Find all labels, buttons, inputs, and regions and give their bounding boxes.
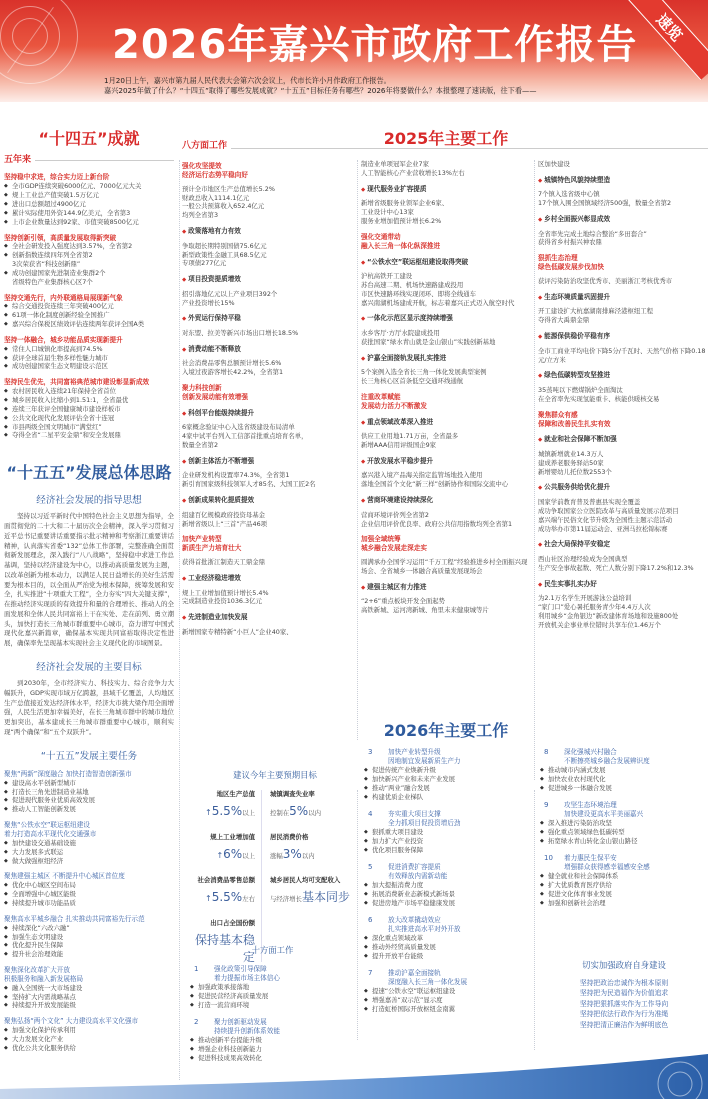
item-bullets: 推动城市内涵式发展加快农业农村现代化促进城乡一体融合发展 (540, 766, 708, 792)
work-detail-text: 5个案例入选全省长三角一体化发展典型案例长三角核心区首条低空交通环线通航 (361, 368, 531, 386)
work-detail-text: 开工建设扩大杭嘉湖南排麻泾港枢纽工程夺得省大禹鼎金鼎 (538, 307, 708, 325)
item-bullet: 促进文化体育事业发展 (540, 890, 708, 899)
target-cell: 居民消费价格涨幅3%以内 (270, 833, 360, 876)
target-cell: 城乡居民人均可支配收入与经济增长基本同步 (270, 876, 360, 919)
work2026-item: 6放大改革撬动效应扎实推进高水平对外开放深化重点领域改革推动外经贸高质量发展提升… (364, 916, 532, 961)
plan-title: “十五五”发展总体思路 (4, 462, 174, 484)
work2026-item: 10着力惠民生保平安增强群众获得感幸福感安全感健全就业和社会保障体系扩大优质教育… (540, 854, 708, 908)
work-detail-text: 圆满承办全国学习运用“千万工程”经验推进乡村全面振兴现场会、全省城乡一体融合高质… (361, 558, 531, 576)
item-bullet: 狠抓重大项目建设 (364, 828, 532, 837)
target-value: 控制在5%以内 (270, 803, 360, 820)
work-category-heading: 强化攻坚提效经济运行态势平稳向好 (182, 162, 354, 180)
task-item: 加强生态文明建设 (4, 933, 174, 942)
targets-grid: 地区生产总值↑5.5%以上城镇调查失业率控制在5%以内规上工业增加值↑6%以上居… (190, 790, 360, 962)
achievement-item: 农村居民收入连续21年保持全省首位 (4, 387, 174, 396)
item-number: 4 (364, 810, 388, 828)
task-heading: 聚焦弘扬“两个文化” 大力建设高水平文化强市 (4, 1017, 174, 1026)
achievement-groups: 坚持稳中求进，综合实力迈上新台阶全市GDP连续突破6000亿元、7000亿元大关… (4, 173, 174, 440)
target-label: 社会消费品零售总额 (190, 876, 255, 885)
item-bullet: 健全就业和社会保障体系 (540, 872, 708, 881)
item-bullet: 增强嘉善“双示范”显示度 (364, 996, 532, 1005)
achievement-item: 进出口总额超过4900亿元 (4, 200, 174, 209)
achievement-group-heading: 坚持一体融合，城乡功能品质实现新提升 (4, 336, 174, 345)
item-bullet: 优化项目服务保障 (364, 846, 532, 855)
item-number: 3 (364, 748, 388, 766)
work-subheading: 沪嘉全面接轨发展扎实推进 (361, 354, 531, 364)
work2025-column-1: 强化攻坚提效经济运行态势平稳向好预计全市地区生产总值增长5.2%财政总收入111… (182, 155, 354, 637)
item-number: 9 (540, 801, 564, 819)
work-detail-text: 6家概念验证中心入选省级建设布局清单4家中试平台列入工信部首批重点培育名单，数量… (182, 423, 354, 449)
task-item: 建设高水平创新型城市 (4, 779, 174, 788)
task-item: 大力发展文化产业 (4, 1035, 174, 1044)
work-category-heading: 狠抓生态治理绿色低碳发展步伐加快 (538, 254, 708, 272)
item-title: 聚力创新驱动发展持续提升创新体系效能 (214, 1018, 280, 1036)
item-title: 放大改革撬动效应扎实推进高水平对外开放 (388, 916, 461, 934)
item-number: 2 (190, 1018, 214, 1036)
task-heading: 聚焦深化改革扩大开放积极服务和融入新发展格局 (4, 966, 174, 984)
work-subheading: 先进制造业加快发展 (182, 613, 354, 623)
item-bullet: 深入推进污染防治攻坚 (540, 819, 708, 828)
item-bullet: 提速“公铁水空”联运枢纽建设 (364, 987, 532, 996)
up-arrow-icon: ↑ (216, 851, 223, 860)
work-subheading: 就业和社会保障不断加强 (538, 435, 708, 445)
task-item: 优化中心城区空间布局 (4, 881, 174, 890)
target-label: 规上工业增加值 (190, 833, 255, 842)
work-category-heading: 注重改革赋能发展动力活力不断激发 (361, 393, 531, 411)
guiding-heading: 经济社会发展的指导思想 (4, 494, 174, 507)
item-bullet: 推动外经贸高质量发展 (364, 943, 532, 952)
work-detail-text: 区加快建设 (538, 160, 708, 169)
item-bullet: 加强政策承接落地 (190, 983, 355, 992)
item-bullet: 深化重点领域改革 (364, 934, 532, 943)
work-detail-text: 国家学前教育普及普惠县实现全覆盖成功争取国家公立医院改革与高质量发展示范项目嘉兴… (538, 498, 708, 533)
item-bullet: 提升开放平台能级 (364, 952, 532, 961)
work2026-item-header: 9攻坚生态环境治理加快建设更高水平美丽嘉兴 (540, 801, 708, 819)
achievement-item: 嘉兴综合保税区绩效评估连续两年获评全国A类 (4, 320, 174, 329)
item-bullet: 扩大优质教育医疗供给 (540, 881, 708, 890)
work-detail-text: 争取超长期特别国债75.6亿元新型政策性金融工具68.5亿元专项债277亿元 (182, 242, 354, 268)
tasks-heading: “十五五”发展主要任务 (4, 750, 174, 763)
column-divider (357, 160, 358, 740)
column-divider (179, 160, 180, 1080)
work2026-items-col3: 8深化强城兴村融合不断擦亮城乡融合发展辨识度推动城市内涵式发展加快农业农村现代化… (540, 740, 708, 908)
task-heading: 聚焦高水平城乡融合 扎实推动共同富裕先行示范 (4, 915, 174, 924)
achievement-item: 成功创建国家先进制造业集群2个省级特色产业集群核心区7个 (4, 269, 174, 287)
target-label: 地区生产总值 (190, 790, 255, 799)
target-value: 与经济增长基本同步 (270, 889, 360, 906)
task-item: 优化提升民生保障 (4, 941, 174, 950)
target-label: 出口占全国份额 (190, 919, 255, 928)
work-detail-text: 全省率先完成土地综合整治“多田套合”获得省乡村振兴神农鼎 (538, 230, 708, 248)
target-label: 居民消费价格 (270, 833, 360, 842)
work-category-heading: 加强全域统筹城乡融合发展走深走实 (361, 535, 531, 553)
work2026-item: 4夯实重大项目支撑全力抓项目促投资增后劲狠抓重大项目建设加力扩大产业投资优化项目… (364, 810, 532, 855)
target-cell: 城镇调查失业率控制在5%以内 (270, 790, 360, 833)
item-bullet: 促进民营经济高质量发展 (190, 992, 355, 1001)
task-item: 融入全国统一大市场建设 (4, 984, 174, 993)
item-title: 推动沪嘉全面接轨深度融入长三角一体化发展 (388, 969, 467, 987)
targets-panel: 建议今年主要预期目标 地区生产总值↑5.5%以上城镇调查失业率控制在5%以内规上… (190, 770, 360, 962)
work-subheading: 工业经济稳进增效 (182, 574, 354, 584)
eight-aspects-label: 八方面工作 (182, 140, 231, 152)
work-subheading: 重点领域改革深入推进 (361, 418, 531, 428)
work2026-item-header: 7推动沪嘉全面接轨深度融入长三角一体化发展 (364, 969, 532, 987)
target-value: ↑5.5%以上 (190, 803, 255, 820)
work-subheading: 公共服务供给优化提升 (538, 483, 708, 493)
work-detail-text: 全市工商业平均电价下降5分/千瓦时、天然气价格下降0.18元/立方米 (538, 347, 708, 365)
column-divider (534, 790, 535, 1050)
achievement-item: 全社会研发投入强度达到3.57%，全省第2 (4, 242, 174, 251)
work-detail-text: 企业研发机构设置率74.3%，全省第1新引育国家级科技领军人才85名、大国工匠2… (182, 471, 354, 489)
item-bullet: 推动“两业”融合发展 (364, 784, 532, 793)
work-detail-text: 沪杭高铁开工建设苏台高速二期、机场快速路建成投用市区快速路环线实现闭环、即将全线… (361, 272, 531, 307)
work-detail-text: 获得首批浙江制造天工鼎金鼎 (182, 558, 354, 567)
self-building-item: 坚持把依法行政作为行为准绳 (540, 1009, 708, 1020)
target-label: 城乡居民人均可支配收入 (270, 876, 360, 885)
work-subheading: 生态环境质量巩固提升 (538, 293, 708, 303)
item-number: 6 (364, 916, 388, 934)
task-item: 促进现代服务业优质高效发展 (4, 796, 174, 805)
work-detail-text: “2+6”重点板块开发全面起势高铁新城、运河湾新城、角里未来健康城等片 (361, 597, 531, 615)
item-title: 攻坚生态环境治理加快建设更高水平美丽嘉兴 (564, 801, 643, 819)
achievement-item: 规上工业总产值突破1.5万亿元 (4, 191, 174, 200)
achievements-column: “十四五”成就 五年来 坚持稳中求进，综合实力迈上新台阶全市GDP连续突破600… (0, 112, 178, 1053)
work2025-column-3: 区加快建设城镇特色风貌持续塑造7个镇入选省级中心镇17个镇入围全国镇域经济500… (538, 155, 708, 629)
work-detail-text: 规上工业增加值预计增长5.4%完成制造业投资1036.3亿元 (182, 589, 354, 607)
item-title: 促进消费扩容提质有效释放内需新动能 (388, 863, 447, 881)
task-item: 提升社会治理效能 (4, 950, 174, 959)
goals-heading: 经济社会发展的主要目标 (4, 661, 174, 674)
item-title: 深化强城兴村融合不断擦亮城乡融合发展辨识度 (564, 748, 650, 766)
work-detail-text: 嘉兴港入境产品海关指定监管场地投入使用落地全国首个文化“新三样”创新协作和国际交… (361, 471, 531, 489)
work-subheading: 建强主城区有力推进 (361, 583, 531, 593)
item-bullet: 拓展消费新业态新模式新场景 (364, 890, 532, 899)
work-subheading: 能源保供稳价平稳有序 (538, 332, 708, 342)
self-building-panel: 切实加强政府自身建设 坚持把政治忠诚作为根本原则坚持把为民造福作为价值追求坚持把… (540, 960, 708, 1030)
task-heading: 聚焦建强主城区 不断提升中心城区首位度 (4, 872, 174, 881)
work-detail-text: 组建百亿规模政府投资母基金新增省级以上“三首”产品46项 (182, 511, 354, 529)
item-title: 着力惠民生保平安增强群众获得感幸福感安全感 (564, 854, 650, 872)
work-subheading: 乡村全面振兴彰显成效 (538, 215, 708, 225)
work-detail-text: 西山社区治理经验成为全国典型生产安全事故起数、死亡人数分别下降17.2%和12.… (538, 555, 708, 573)
section-rule (182, 148, 708, 149)
work-subheading: 现代服务业扩容提质 (361, 185, 531, 195)
plan-tasks: 聚焦“两新”深度融合 加快打造智造创新强市建设高水平创新型城市打造长三角先进制造… (4, 770, 174, 1053)
task-item: 加快建设交通基础设施 (4, 839, 174, 848)
item-title: 强化政策引导保障着力提振市场主体信心 (214, 965, 280, 983)
work-subheading: “公铁水空”联运枢纽建设取得突破 (361, 258, 531, 268)
work-subheading: 创新主体活力不断增强 (182, 457, 354, 467)
work-detail-text: 招引落地亿元以上产业项目392个产业投资增长15% (182, 290, 354, 308)
work2026-items-col2: 3加快产业转型升级因地制宜发展新质生产力促进传统产业焕新升级加快新兴产业和未来产… (364, 740, 532, 1013)
work-detail-text: 新增省级服务业领军企业6家、工业设计中心13家服务业增加值预计增长6.2% (361, 199, 531, 225)
work-subheading: 一体化示范区显示度持续增强 (361, 314, 531, 324)
self-building-item: 坚持把为民造福作为价值追求 (540, 988, 708, 999)
work2026-item-header: 1强化政策引导保障着力提振市场主体信心 (190, 965, 355, 983)
item-number: 10 (540, 854, 564, 872)
task-item: 加强文化保护传承利用 (4, 1026, 174, 1035)
work2026-title: 2026年主要工作 (360, 720, 532, 742)
achievement-item: 综合交通投资连续三年突破400亿元 (4, 302, 174, 311)
item-bullet: 加快农业农村现代化 (540, 775, 708, 784)
target-cell: 地区生产总值↑5.5%以上 (190, 790, 262, 833)
achievement-item: 公共文化现代化发展评估全省十连冠 (4, 414, 174, 423)
self-building-item: 坚持把狠抓落实作为工作导向 (540, 999, 708, 1010)
achievement-item: 城乡居民收入比缩小到1.51:1，全省最优 (4, 396, 174, 405)
ten-aspects-heading: 十方面工作 (190, 945, 355, 957)
item-bullet: 打造虹桥国际开放枢纽金南翼 (364, 1005, 532, 1014)
up-arrow-icon: ↑ (205, 894, 212, 903)
work2026-item-header: 4夯实重大项目支撑全力抓项目促投资增后劲 (364, 810, 532, 828)
column-divider (534, 160, 535, 780)
achievement-item: 创新指数连续四年列全省第23次荣获省“科技创新鼎” (4, 251, 174, 269)
target-label: 城镇调查失业率 (270, 790, 360, 799)
work2026-item-header: 6放大改革撬动效应扎实推进高水平对外开放 (364, 916, 532, 934)
achievements-title: “十四五”成就 (4, 128, 174, 150)
intro-text: 1月20日上午，嘉兴市第九届人民代表大会第六次会议上，代市长许小月作政府工作报告… (104, 76, 536, 97)
up-arrow-icon: ↑ (205, 808, 212, 817)
achievement-item: 市县两级全国文明城市“满堂红” (4, 423, 174, 432)
item-bullet: 加大提振消费力度 (364, 881, 532, 890)
item-bullet: 促进房地产市场平稳健康发展 (364, 899, 532, 908)
work-detail-text: 新增国家专精特新“小巨人”企业40家、 (182, 628, 354, 637)
work2026-item: 5促进消费扩容提质有效释放内需新动能加大提振消费力度拓展消费新业态新模式新场景促… (364, 863, 532, 908)
achievement-group-heading: 坚持民生优先，共同富裕典范城市建设彰显新成效 (4, 378, 174, 387)
self-building-heading: 切实加强政府自身建设 (540, 960, 708, 972)
achievement-item: 61项一体化制度创新经验全国推广 (4, 311, 174, 320)
header-banner: 2026年嘉兴市政府工作报告 速览 1月20日上午，嘉兴市第九届人民代表大会第六… (0, 0, 708, 102)
item-number: 7 (364, 969, 388, 987)
targets-heading: 建议今年主要预期目标 (190, 770, 360, 782)
target-value: ↑5.5%左右 (190, 889, 255, 906)
item-bullet: 推动城市内涵式发展 (540, 766, 708, 775)
achievement-item: 连续三年获评全国健康城市建设样板市 (4, 405, 174, 414)
item-number: 8 (540, 748, 564, 766)
work-category-heading: 加快产业转型新质生产力培育壮大 (182, 535, 354, 553)
work-subheading: 开放发展水平稳步提升 (361, 457, 531, 467)
page-title: 2026年嘉兴市政府工作报告 (112, 18, 637, 73)
achievement-item: 常住人口城镇化率提高到74.5% (4, 345, 174, 354)
work-detail-text: 城镇新增就业14.3万人建成养老服务驿站50家新增婴幼儿托位数2553个 (538, 450, 708, 476)
work2026-item: 7推动沪嘉全面接轨深度融入长三角一体化发展提速“公铁水空”联运枢纽建设增强嘉善“… (364, 969, 532, 1014)
task-item: 持续提升城市功能品质 (4, 899, 174, 908)
target-cell: 社会消费品零售总额↑5.5%左右 (190, 876, 262, 919)
work2026-item: 8深化强城兴村融合不断擦亮城乡融合发展辨识度推动城市内涵式发展加快农业农村现代化… (540, 748, 708, 793)
item-bullet: 拓宽绿水青山转化金山银山路径 (540, 837, 708, 846)
achievement-item: 夺得全省“二星平安金鼎”和安全发展鼎 (4, 431, 174, 440)
item-bullets: 提速“公铁水空”联运枢纽建设增强嘉善“双示范”显示度打造虹桥国际开放枢纽金南翼 (364, 987, 532, 1013)
work-detail-text: 营商环境评价列全省第2企业信用评价优良率、政府公共信用指数均列全省第1 (361, 511, 531, 529)
work-detail-text: 制造业单项冠军企业7家人工智能核心产业营收增长13%左右 (361, 160, 531, 178)
item-bullet: 促进传统产业焕新升级 (364, 766, 532, 775)
work2026-item: 9攻坚生态环境治理加快建设更高水平美丽嘉兴深入推进污染防治攻坚强化重点领域绿色低… (540, 801, 708, 846)
footer-wave (0, 1044, 708, 1099)
work-subheading: 创新成果转化提质提效 (182, 496, 354, 506)
self-building-item: 坚持把清正廉洁作为鲜明底色 (540, 1020, 708, 1031)
work-detail-text: 获评污染防治攻坚优秀市、美丽浙江考核优秀市 (538, 277, 708, 286)
self-building-item: 坚持把政治忠诚作为根本原则 (540, 978, 708, 989)
work-subheading: 政策落地有力有效 (182, 227, 354, 237)
work-detail-text: 为2.1万名学生开展游泳公益培训“家门口”爱心暑托服务青少年4.4万人次利用城乡… (538, 594, 708, 629)
item-bullets: 健全就业和社会保障体系扩大优质教育医疗供给促进文化体育事业发展加强和创新社会治理 (540, 872, 708, 907)
achievement-item: 全市GDP连续突破6000亿元、7000亿元大关 (4, 182, 174, 191)
achievement-item: 上市企业数量达到92家、市值突破8500亿元 (4, 218, 174, 227)
work2026-item: 3加快产业转型升级因地制宜发展新质生产力促进传统产业焕新升级加快新兴产业和未来产… (364, 748, 532, 802)
task-heading: 聚焦“两新”深度融合 加快打造智造创新强市 (4, 770, 174, 779)
task-item: 持续深化“六改六融” (4, 924, 174, 933)
work-subheading: 城镇特色风貌持续塑造 (538, 176, 708, 186)
goals-text: 到2030年，全市经济实力、科技实力、综合竞争力大幅跃升，GDP实现市域万亿跨越… (4, 679, 174, 738)
item-bullets: 狠抓重大项目建设加力扩大产业投资优化项目服务保障 (364, 828, 532, 854)
work-detail-text: 对东盟、拉美等新兴市场出口增长18.5% (182, 329, 354, 338)
item-title: 加快产业转型升级因地制宜发展新质生产力 (388, 748, 461, 766)
work-subheading: 科创平台能级持续提升 (182, 409, 354, 419)
task-item: 大力发展多式联运 (4, 848, 174, 857)
item-bullet: 加快新兴产业和未来产业发展 (364, 775, 532, 784)
work-detail-text: 供应工业用地1.71万亩，全省最多新增AAA信用评级国企9家 (361, 432, 531, 450)
work2026-item: 1强化政策引导保障着力提振市场主体信心加强政策承接落地促进民营经济高质量发展打造… (190, 965, 355, 1010)
work2026-item-header: 5促进消费扩容提质有效释放内需新动能 (364, 863, 532, 881)
item-bullets: 深化重点领域改革推动外经贸高质量发展提升开放平台能级 (364, 934, 532, 960)
target-value: 涨幅3%以内 (270, 846, 360, 863)
work2026-item-header: 8深化强城兴村融合不断擦亮城乡融合发展辨识度 (540, 748, 708, 766)
work-detail-text: 35蒸吨以下燃煤锅炉全面淘汰在全省率先实现氢能重卡、核能供暖核交易 (538, 386, 708, 404)
work-category-heading: 聚力科技创新创新发展动能有效增强 (182, 384, 354, 402)
achievement-item: 累计实际使用外资144.9亿美元，全省第3 (4, 209, 174, 218)
work-subheading: 外贸运行保持平稳 (182, 314, 354, 324)
task-item: 持续提升开放发展能级 (4, 1001, 174, 1010)
work2026-item-header: 2聚力创新驱动发展持续提升创新体系效能 (190, 1018, 355, 1036)
work-subheading: 营商环境建设持续深化 (361, 496, 531, 506)
item-bullets: 加强政策承接落地促进民营经济高质量发展打造一流营商环境 (190, 983, 355, 1009)
achievement-item: 成功创建国家生态文明建设示范区 (4, 362, 174, 371)
work-subheading: 项目投资提质增效 (182, 275, 354, 285)
task-heading: 聚焦“公铁水空”联运枢纽建设着力打造高水平现代化交通强市 (4, 821, 174, 839)
guiding-text: 坚持以习近平新时代中国特色社会主义思想为指导，全面贯彻党的二十大和二十届历次全会… (4, 512, 174, 649)
item-bullets: 加大提振消费力度拓展消费新业态新模式新场景促进房地产市场平稳健康发展 (364, 881, 532, 907)
work-category-heading: 聚焦群众有感保障和改善民生扎实有效 (538, 411, 708, 429)
work-detail-text: 预计全市地区生产总值增长5.2%财政总收入1114.1亿元一般公共预算收入652… (182, 185, 354, 220)
item-bullet: 促进城乡一体融合发展 (540, 784, 708, 793)
work-subheading: 绿色低碳转型攻坚推进 (538, 371, 708, 381)
work2025-title: 2025年主要工作 (360, 128, 532, 150)
work-category-heading: 强化交通带动融入长三角一体化纵深推进 (361, 233, 531, 251)
item-bullet: 加强和创新社会治理 (540, 899, 708, 908)
item-bullet: 打造一流营商环境 (190, 1001, 355, 1010)
work2026-item-header: 3加快产业转型升级因地制宜发展新质生产力 (364, 748, 532, 766)
work-detail-text: 水乡客厅·方厅水院建成投用获批国家“绿水青山就是金山银山”实践创新基地 (361, 329, 531, 347)
task-item: 做大做强枢纽经济 (4, 857, 174, 866)
item-bullet: 构建优质企业梯队 (364, 793, 532, 802)
work-detail-text: 7个镇入选省级中心镇17个镇入围全国镇域经济500强，数量全省第2 (538, 190, 708, 208)
item-bullets: 深入推进污染防治攻坚强化重点领域绿色低碳转型拓宽绿水青山转化金山银山路径 (540, 819, 708, 845)
item-bullets: 促进传统产业焕新升级加快新兴产业和未来产业发展推动“两业”融合发展构建优质企业梯… (364, 766, 532, 801)
item-number: 5 (364, 863, 388, 881)
achievements-subtitle: 五年来 (4, 154, 174, 166)
item-bullet: 强化重点领域绿色低碳转型 (540, 828, 708, 837)
work-subheading: 社会大局保持平安稳定 (538, 540, 708, 550)
work2025-column-2: 制造业单项冠军企业7家人工智能核心产业营收增长13%左右现代服务业扩容提质新增省… (361, 155, 531, 615)
work2026-item-header: 10着力惠民生保平安增强群众获得感幸福感安全感 (540, 854, 708, 872)
item-title: 夯实重大项目支撑全力抓项目促投资增后劲 (388, 810, 461, 828)
item-number: 1 (190, 965, 214, 983)
target-value: ↑6%以上 (190, 846, 255, 863)
target-cell: 规上工业增加值↑6%以上 (190, 833, 262, 876)
work-subheading: 民生实事扎实办好 (538, 580, 708, 590)
task-item: 推动人工智能创新发展 (4, 805, 174, 814)
item-bullet: 加力扩大产业投资 (364, 837, 532, 846)
task-item: 全面增强中心城区能级 (4, 890, 174, 899)
work-detail-text: 社会消费品零售总额预计增长5.6%入境过夜游客增长42.2%，全省第1 (182, 359, 354, 377)
work-subheading: 消费动能不断释放 (182, 345, 354, 355)
